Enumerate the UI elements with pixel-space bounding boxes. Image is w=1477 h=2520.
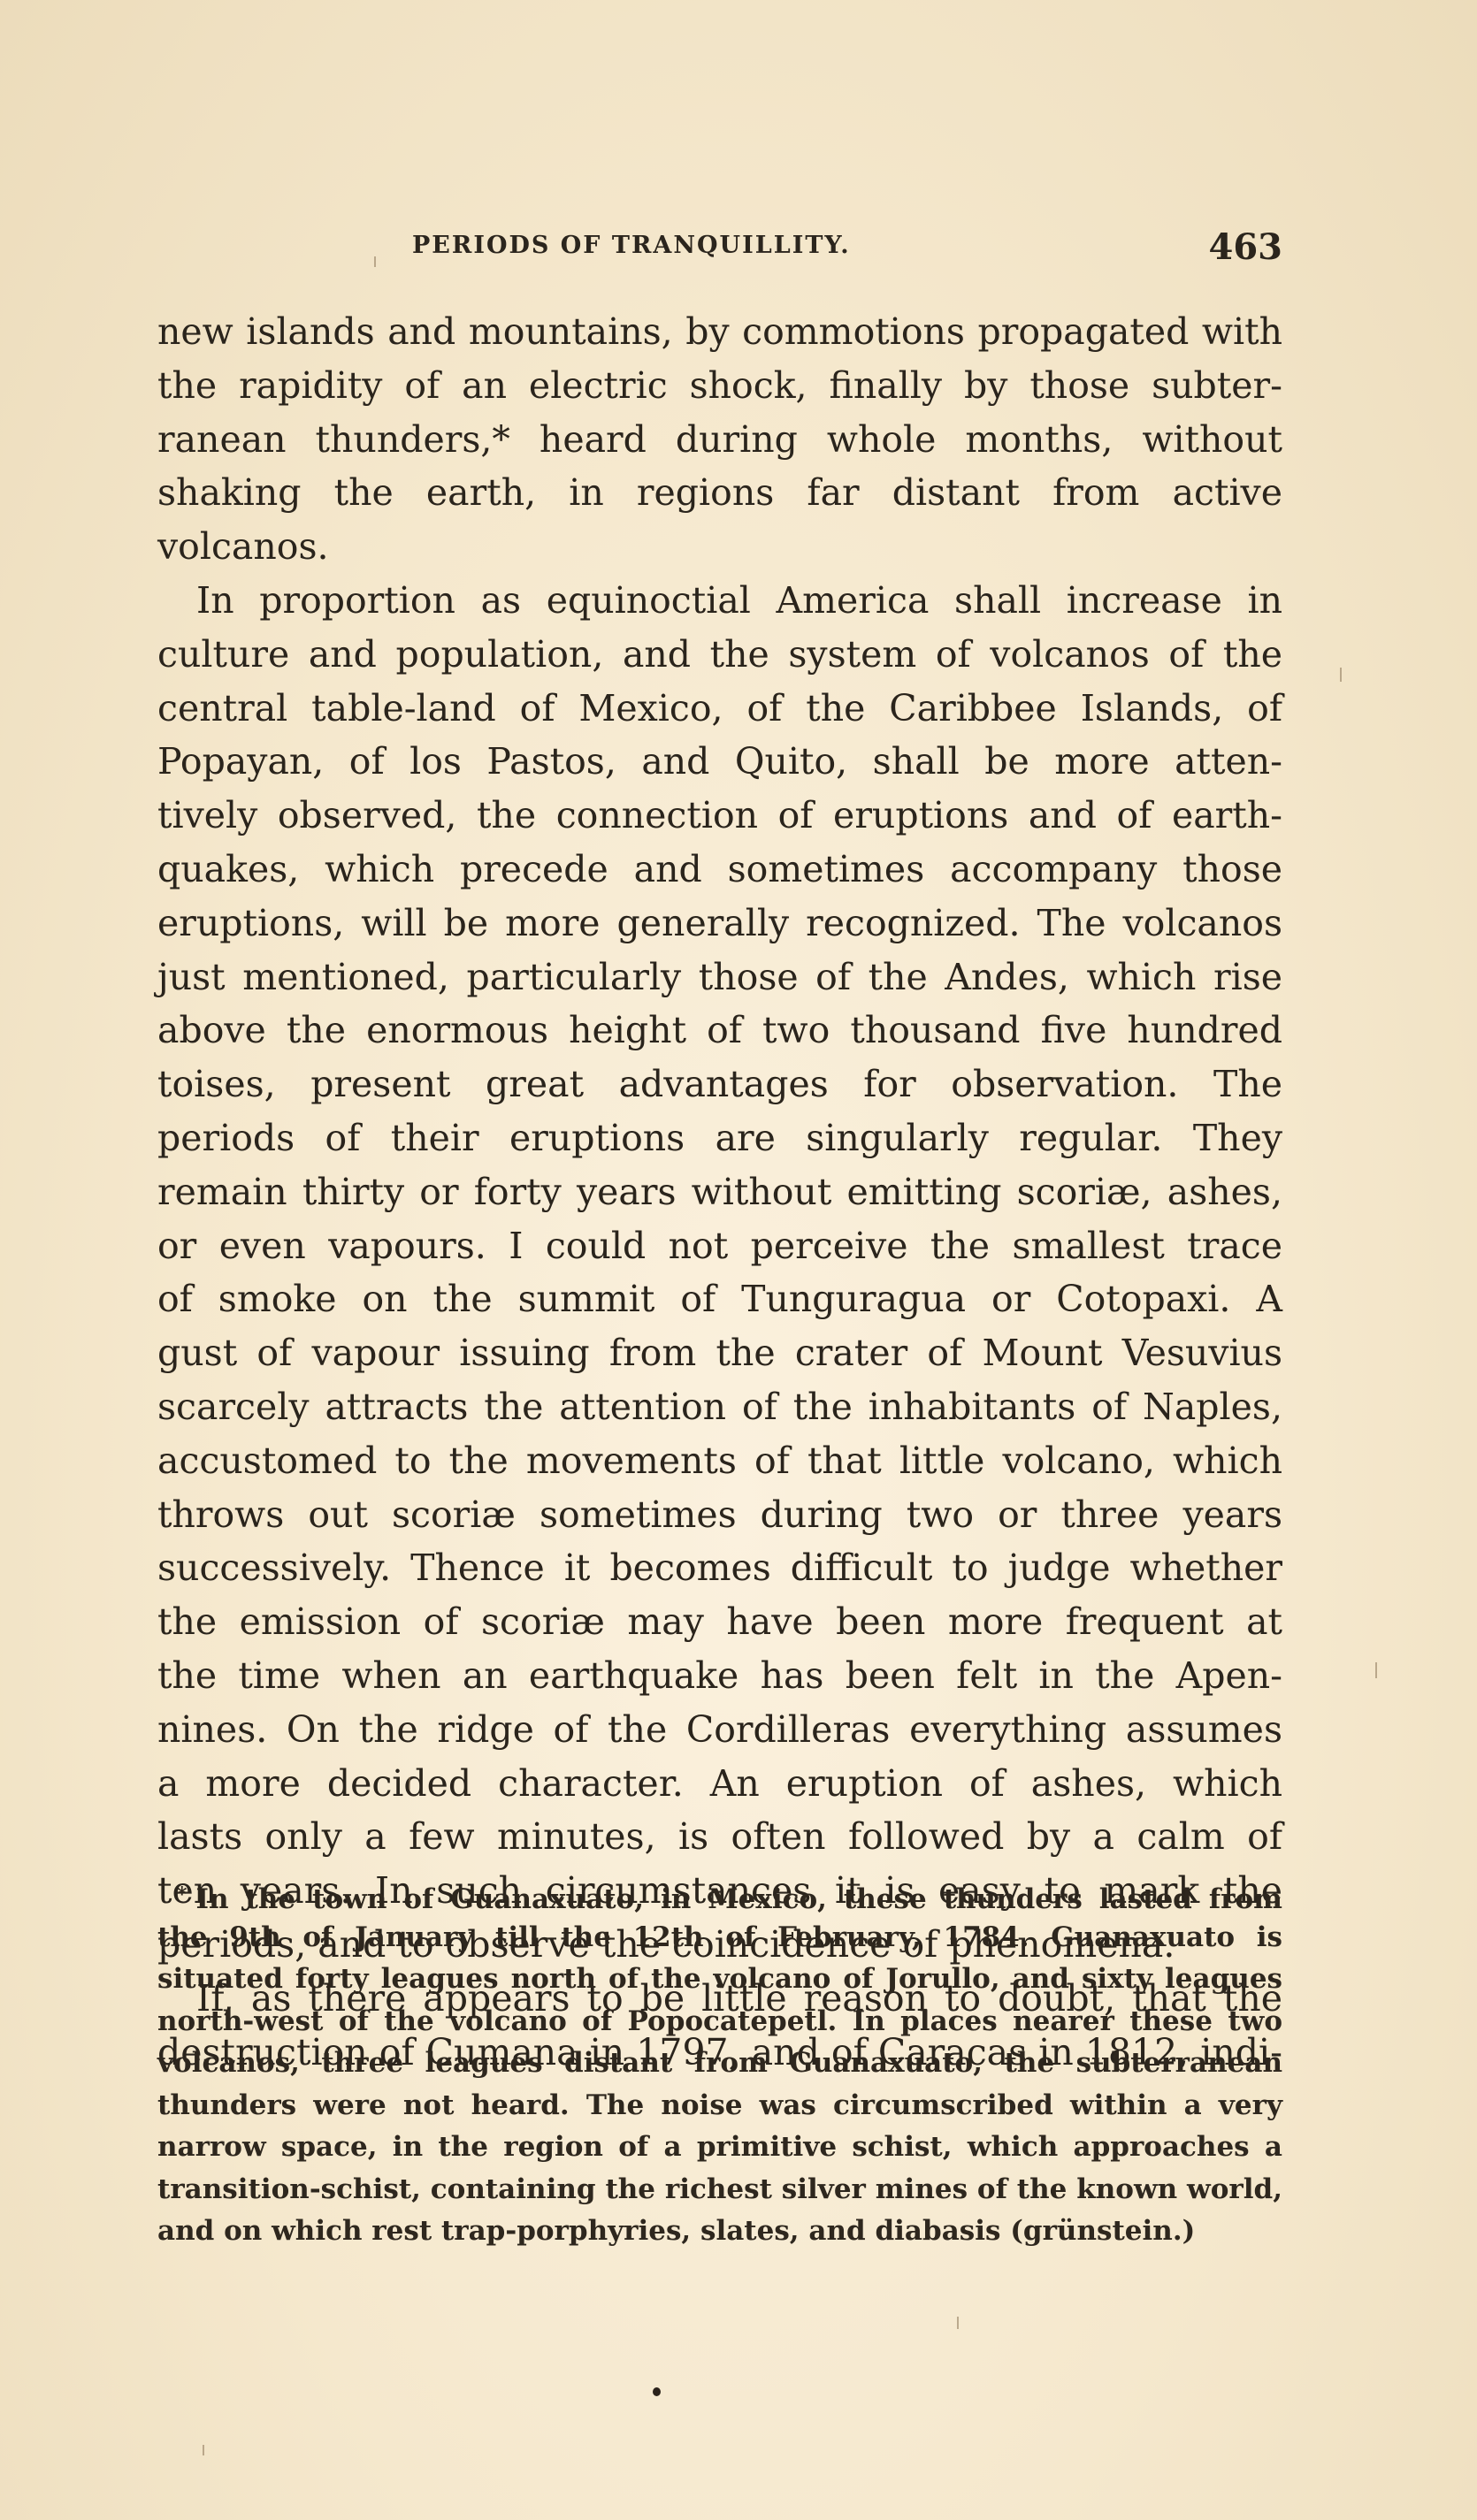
text-line: a more decided character. An eruption of…	[157, 1757, 1282, 1811]
text-line: periods of their eruptions are singularl…	[157, 1111, 1282, 1165]
text-line: shaking the earth, in regions far distan…	[157, 466, 1282, 520]
text-line: culture and population, and the system o…	[157, 628, 1282, 682]
text-line: gust of vapour issuing from the crater o…	[157, 1326, 1282, 1380]
ink-dot	[653, 2387, 661, 2396]
text-line: the time when an earthquake has been fel…	[157, 1649, 1282, 1703]
footnote-marker: *	[177, 1883, 187, 1906]
text-line: accustomed to the movements of that litt…	[157, 1434, 1282, 1488]
text-line: throws out scoriæ sometimes during two o…	[157, 1488, 1282, 1542]
text-line: new islands and mountains, by commotions…	[157, 305, 1282, 359]
text-line: or even vapours. I could not perceive th…	[157, 1219, 1282, 1273]
footnote-line: situated forty leagues north of the volc…	[157, 1959, 1282, 2001]
body-text: new islands and mountains, by commotions…	[157, 305, 1282, 2079]
paragraph-start-line: In proportion as equinoctial America sha…	[157, 574, 1282, 628]
text-line: above the enormous height of two thousan…	[157, 1004, 1282, 1058]
text-line: the rapidity of an electric shock, final…	[157, 359, 1282, 413]
text-line: ranean thunders,* heard during whole mon…	[157, 413, 1282, 467]
footnote-text: In the town of Guanaxuato, in Mexico, th…	[196, 1883, 1282, 1915]
paper-speck	[1375, 1662, 1377, 1678]
text-line: eruptions, will be more generally recogn…	[157, 897, 1282, 951]
text-line: scarcely attracts the attention of the i…	[157, 1380, 1282, 1434]
footnote-line: transition-schist, containing the riches…	[157, 2169, 1282, 2211]
text-line: lasts only a few minutes, is often follo…	[157, 1810, 1282, 1864]
text-line: quakes, which precede and sometimes acco…	[157, 843, 1282, 897]
text-line: successively. Thence it becomes difficul…	[157, 1541, 1282, 1595]
footnote-line: volcanos, three leagues distant from Gua…	[157, 2043, 1282, 2085]
paper-speck	[1340, 668, 1342, 682]
text-line: tively observed, the connection of erupt…	[157, 789, 1282, 843]
footnote-line: narrow space, in the region of a primiti…	[157, 2127, 1282, 2169]
page-number: 463	[1209, 226, 1283, 268]
text-line: Popayan, of los Pastos, and Quito, shall…	[157, 735, 1282, 789]
paper-speck	[203, 2445, 204, 2455]
text-line: just mentioned, particularly those of th…	[157, 951, 1282, 1004]
text-line: of smoke on the summit of Tunguragua or …	[157, 1272, 1282, 1326]
footnote-line: thunders were not heard. The noise was c…	[157, 2085, 1282, 2127]
running-head: PERIODS OF TRANQUILLITY. 463	[157, 232, 1282, 285]
running-title: PERIODS OF TRANQUILLITY.	[412, 232, 851, 259]
text-line: toises, present great advantages for obs…	[157, 1058, 1282, 1111]
text-line: volcanos.	[157, 520, 1282, 574]
text-line: central table-land of Mexico, of the Car…	[157, 682, 1282, 736]
text-line: nines. On the ridge of the Cordilleras e…	[157, 1703, 1282, 1757]
text-line: the emission of scoriæ may have been mor…	[157, 1595, 1282, 1649]
paper-speck	[957, 2317, 959, 2329]
footnote-line: the 9th of January till the 12th of Febr…	[157, 1917, 1282, 1959]
text-line: remain thirty or forty years without emi…	[157, 1165, 1282, 1219]
footnote-line: north-west of the volcano of Popocatepet…	[157, 2001, 1282, 2043]
footnote: *In the town of Guanaxuato, in Mexico, t…	[157, 1875, 1282, 2253]
footnote-line: and on which rest trap-porphyries, slate…	[157, 2211, 1282, 2253]
footnote-first-line: *In the town of Guanaxuato, in Mexico, t…	[157, 1875, 1282, 1917]
